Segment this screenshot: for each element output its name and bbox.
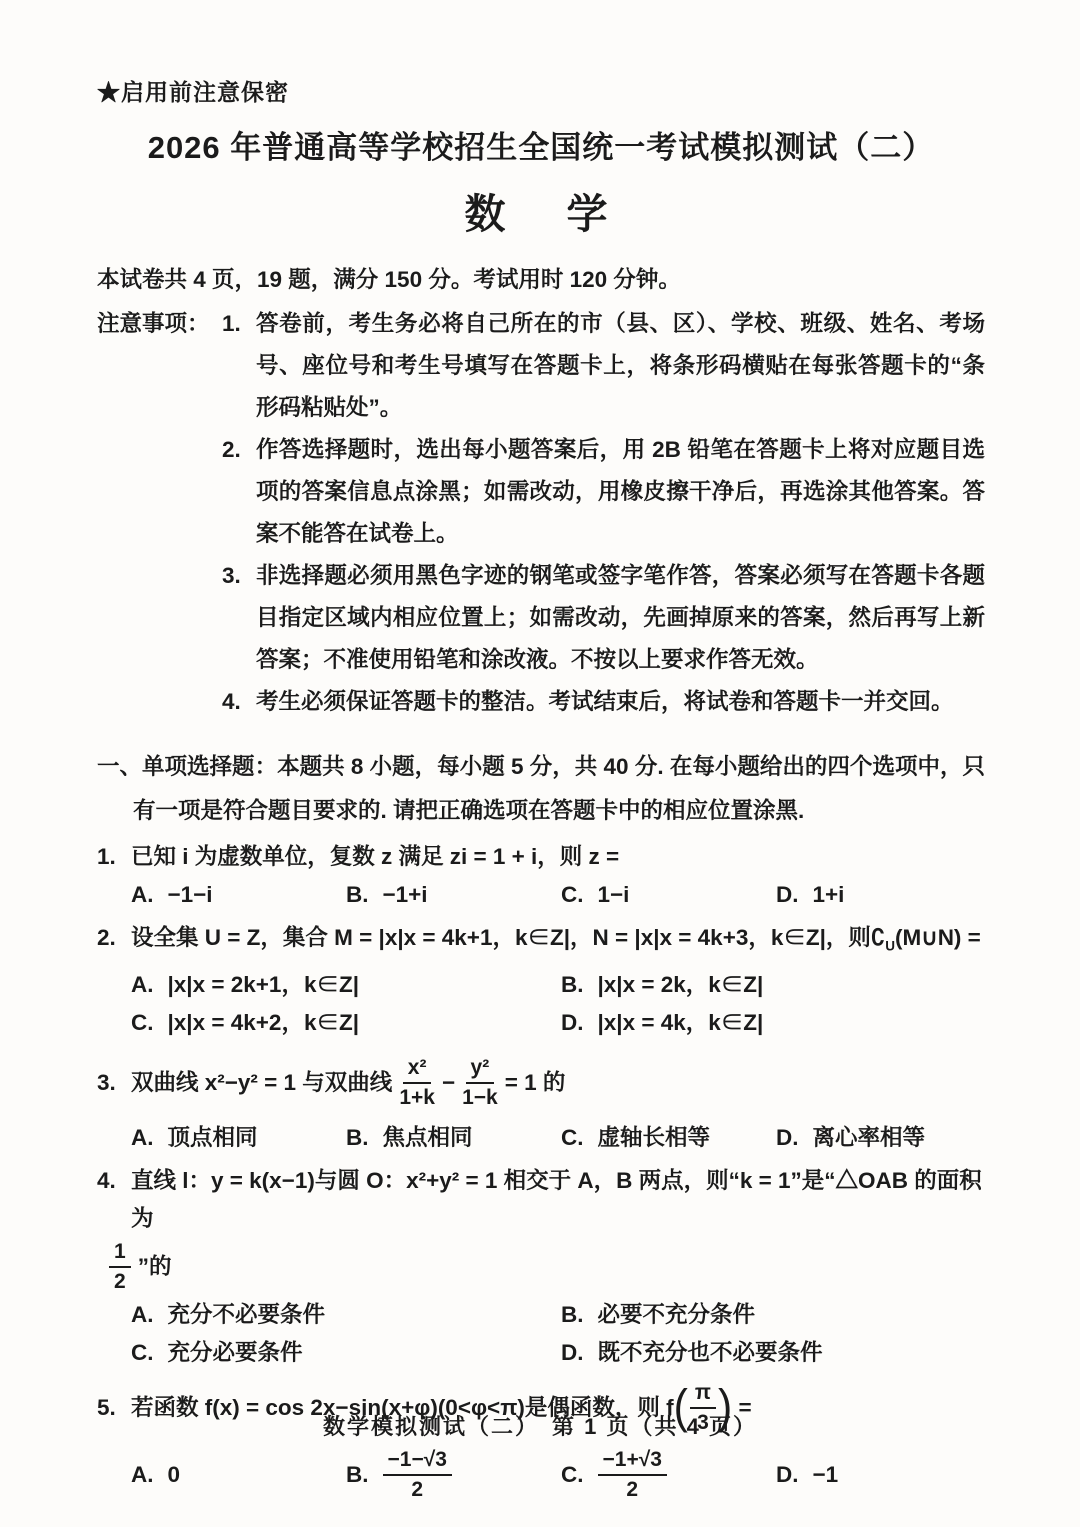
question-text: 直线 l：y = k(x−1)与圆 O：x²+y² = 1 相交于 A，B 两点… (131, 1162, 985, 1238)
note-item-3: 3. 非选择题必须用黑色字迹的钢笔或签字笔作答，答案必须写在答题卡各题目指定区域… (222, 555, 985, 681)
question-text: 已知 i 为虚数单位，复数 z 满足 zi = 1 + i，则 z = (131, 838, 985, 876)
note-item-2: 2. 作答选择题时，选出每小题答案后，用 2B 铅笔在答题卡上将对应题目选项的答… (222, 429, 985, 555)
option-b: B. −1−√3 2 (346, 1447, 561, 1503)
option-a: A. −1−i (131, 876, 346, 914)
stem-suffix: = 1 的 (505, 1064, 566, 1102)
fraction-numerator: π (690, 1380, 716, 1409)
stem-prefix: 双曲线 x²−y² = 1 与双曲线 (131, 1064, 392, 1102)
subject-title: 数 学 (97, 187, 985, 241)
option-a: A. |x|x = 2k+1，k∈Z| (131, 966, 561, 1004)
option-text: |x|x = 4k+2，k∈Z| (168, 1004, 360, 1042)
complement-symbol: ∁ (871, 925, 885, 950)
option-text: 既不充分也不必要条件 (598, 1334, 823, 1372)
option-label: B. (346, 876, 369, 914)
option-b: B. −1+i (346, 876, 561, 914)
options-row: A. 充分不必要条件 B. 必要不充分条件 C. 充分必要条件 D. 既不充分也… (97, 1296, 985, 1372)
options-row: A. |x|x = 2k+1，k∈Z| B. |x|x = 2k，k∈Z| C.… (97, 966, 985, 1042)
paper-info: 本试卷共 4 页，19 题，满分 150 分。考试用时 120 分钟。 (97, 261, 985, 299)
question-stem: 3. 双曲线 x²−y² = 1 与双曲线 x² 1+k − y² 1−k = … (97, 1047, 985, 1119)
fraction-numerator: x² (403, 1055, 432, 1084)
option-label: D. (776, 1119, 799, 1157)
question-stem-continued: 1 2 ”的 (97, 1238, 985, 1296)
question-2: 2. 设全集 U = Z，集合 M = |x|x = 4k+1，k∈Z|，N =… (97, 919, 985, 1042)
option-label: B. (561, 1296, 584, 1334)
option-c: C. 1−i (561, 876, 776, 914)
option-a: A. 顶点相同 (131, 1119, 346, 1157)
options-row: A. −1−i B. −1+i C. 1−i D. 1+i (97, 876, 985, 914)
note-text: 答卷前，考生务必将自己所在的市（县、区）、学校、班级、姓名、考场号、座位号和考生… (256, 303, 985, 429)
note-number: 2. (222, 429, 256, 555)
option-label: A. (131, 876, 154, 914)
option-a: A. 充分不必要条件 (131, 1296, 561, 1334)
fraction: x² 1+k (399, 1055, 435, 1111)
stem-prefix: 设全集 U = Z，集合 M = |x|x = 4k+1，k∈Z|，N = |x… (131, 925, 871, 950)
fraction-numerator: −1−√3 (383, 1447, 452, 1476)
fraction-numerator: y² (466, 1055, 495, 1084)
question-text: 双曲线 x²−y² = 1 与双曲线 x² 1+k − y² 1−k = 1 的 (131, 1055, 985, 1111)
fraction-denominator: 2 (114, 1268, 126, 1295)
option-text: |x|x = 2k，k∈Z| (598, 966, 764, 1004)
security-notice: ★启用前注意保密 (97, 74, 985, 107)
question-3: 3. 双曲线 x²−y² = 1 与双曲线 x² 1+k − y² 1−k = … (97, 1047, 985, 1157)
exam-title: 2026 年普通高等学校招生全国统一考试模拟测试（二） (97, 127, 985, 169)
option-text: −1 (813, 1456, 839, 1494)
note-number: 3. (222, 555, 256, 681)
question-stem: 1. 已知 i 为虚数单位，复数 z 满足 zi = 1 + i，则 z = (97, 838, 985, 876)
notes-list: 1. 答卷前，考生务必将自己所在的市（县、区）、学校、班级、姓名、考场号、座位号… (222, 303, 985, 723)
option-text: 1−i (598, 876, 630, 914)
option-text: 必要不充分条件 (598, 1296, 756, 1334)
question-number: 4. (97, 1162, 131, 1200)
fraction-denominator: 2 (411, 1476, 423, 1503)
fraction-denominator: 1−k (462, 1084, 498, 1111)
note-text: 非选择题必须用黑色字迹的钢笔或签字笔作答，答案必须写在答题卡各题目指定区域内相应… (256, 555, 985, 681)
option-label: A. (131, 1296, 154, 1334)
fraction-denominator: 1+k (399, 1084, 435, 1111)
note-item-1: 1. 答卷前，考生务必将自己所在的市（县、区）、学校、班级、姓名、考场号、座位号… (222, 303, 985, 429)
question-stem: 2. 设全集 U = Z，集合 M = |x|x = 4k+1，k∈Z|，N =… (97, 919, 985, 966)
fraction-denominator: 2 (626, 1476, 638, 1503)
note-item-4: 4. 考生必须保证答题卡的整洁。考试结束后，将试卷和答题卡一并交回。 (222, 681, 985, 723)
complement-subscript: U (885, 939, 895, 954)
stem-suffix: ”的 (138, 1248, 172, 1286)
option-c: C. 虚轴长相等 (561, 1119, 776, 1157)
option-label: A. (131, 1456, 154, 1494)
option-label: B. (346, 1456, 369, 1494)
option-d: D. 既不充分也不必要条件 (561, 1334, 985, 1372)
note-text: 作答选择题时，选出每小题答案后，用 2B 铅笔在答题卡上将对应题目选项的答案信息… (256, 429, 985, 555)
option-label: C. (131, 1334, 154, 1372)
fraction: y² 1−k (462, 1055, 498, 1111)
fraction-numerator: 1 (109, 1239, 131, 1268)
fraction: −1−√3 2 (383, 1447, 452, 1503)
option-b: B. 焦点相同 (346, 1119, 561, 1157)
option-text: |x|x = 4k，k∈Z| (598, 1004, 764, 1042)
exam-paper: ★启用前注意保密 2026 年普通高等学校招生全国统一考试模拟测试（二） 数 学… (0, 0, 1080, 1527)
option-label: B. (346, 1119, 369, 1157)
question-number: 1. (97, 838, 131, 876)
option-c: C. −1+√3 2 (561, 1447, 776, 1503)
section-heading: 一、单项选择题：本题共 8 小题，每小题 5 分，共 40 分. 在每小题给出的… (97, 745, 985, 833)
option-a: A. 0 (131, 1447, 346, 1503)
option-c: C. |x|x = 4k+2，k∈Z| (131, 1004, 561, 1042)
option-b: B. |x|x = 2k，k∈Z| (561, 966, 985, 1004)
option-d: D. −1 (776, 1447, 985, 1503)
option-label: A. (131, 1119, 154, 1157)
option-label: A. (131, 966, 154, 1004)
option-label: C. (561, 876, 584, 914)
note-number: 4. (222, 681, 256, 723)
option-text: 1+i (813, 876, 845, 914)
question-number: 2. (97, 919, 131, 957)
option-c: C. 充分必要条件 (131, 1334, 561, 1372)
option-b: B. 必要不充分条件 (561, 1296, 985, 1334)
option-text: 充分不必要条件 (168, 1296, 326, 1334)
note-number: 1. (222, 303, 256, 429)
question-4: 4. 直线 l：y = k(x−1)与圆 O：x²+y² = 1 相交于 A，B… (97, 1162, 985, 1372)
option-label: D. (776, 876, 799, 914)
option-text: −1+i (383, 876, 428, 914)
option-label: C. (561, 1119, 584, 1157)
question-1: 1. 已知 i 为虚数单位，复数 z 满足 zi = 1 + i，则 z = A… (97, 838, 985, 914)
notes-section: 注意事项： 1. 答卷前，考生务必将自己所在的市（县、区）、学校、班级、姓名、考… (97, 303, 985, 723)
options-row: A. 0 B. −1−√3 2 C. −1+√3 2 D. −1 (97, 1447, 985, 1503)
options-row: A. 顶点相同 B. 焦点相同 C. 虚轴长相等 D. 离心率相等 (97, 1119, 985, 1157)
question-number: 3. (97, 1064, 131, 1102)
option-text: 顶点相同 (168, 1119, 258, 1157)
stem-suffix: (M∪N) = (895, 925, 981, 950)
option-label: D. (776, 1456, 799, 1494)
option-label: C. (131, 1004, 154, 1042)
option-text: 0 (168, 1456, 181, 1494)
notes-label: 注意事项： (97, 303, 222, 723)
option-d: D. |x|x = 4k，k∈Z| (561, 1004, 985, 1042)
option-label: D. (561, 1004, 584, 1042)
option-text: 虚轴长相等 (598, 1119, 711, 1157)
option-text: 离心率相等 (813, 1119, 926, 1157)
option-text: 充分必要条件 (168, 1334, 303, 1372)
question-stem: 4. 直线 l：y = k(x−1)与圆 O：x²+y² = 1 相交于 A，B… (97, 1162, 985, 1238)
option-label: B. (561, 966, 584, 1004)
fraction: −1+√3 2 (598, 1447, 667, 1503)
fraction: 1 2 (109, 1239, 131, 1295)
option-d: D. 离心率相等 (776, 1119, 985, 1157)
option-text: |x|x = 2k+1，k∈Z| (168, 966, 360, 1004)
option-d: D. 1+i (776, 876, 985, 914)
option-text: 焦点相同 (383, 1119, 473, 1157)
option-label: C. (561, 1456, 584, 1494)
option-text: −1−i (168, 876, 213, 914)
fraction-numerator: −1+√3 (598, 1447, 667, 1476)
page-footer: 数学模拟测试（二） 第 1 页（共 4 页） (0, 1410, 1080, 1441)
minus-operator: − (442, 1064, 455, 1102)
note-text: 考生必须保证答题卡的整洁。考试结束后，将试卷和答题卡一并交回。 (256, 681, 985, 723)
question-text: 设全集 U = Z，集合 M = |x|x = 4k+1，k∈Z|，N = |x… (131, 919, 985, 966)
option-label: D. (561, 1334, 584, 1372)
